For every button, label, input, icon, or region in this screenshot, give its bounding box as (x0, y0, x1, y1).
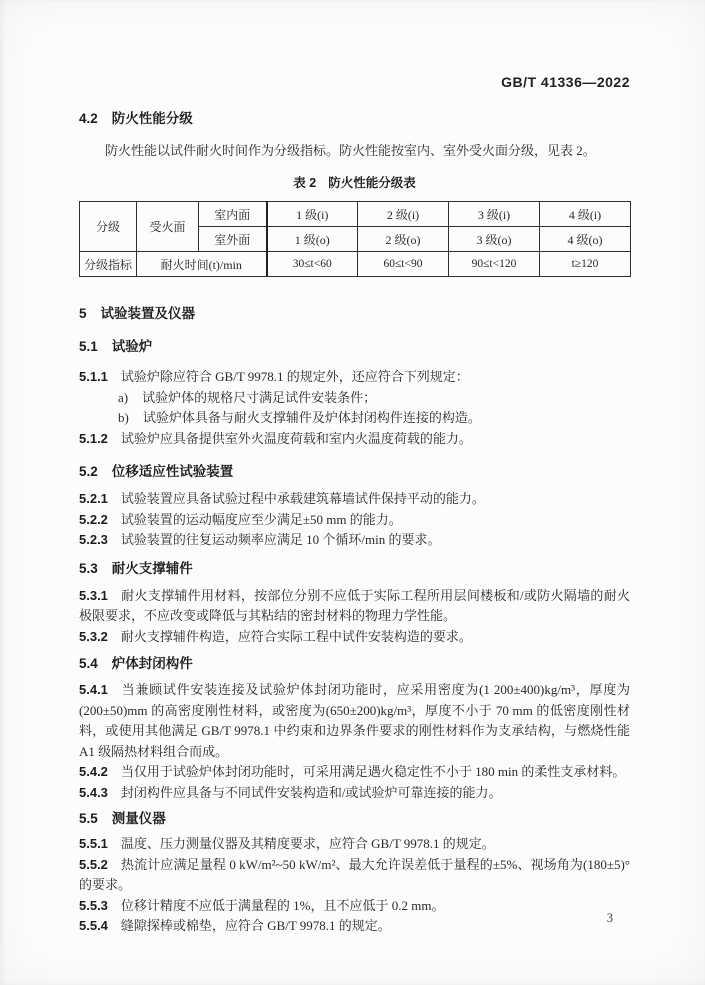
table-cell-grading: 分级 (80, 202, 137, 252)
clause-text: 试验装置的往复运动频率应满足 10 个循环/min 的要求。 (121, 532, 441, 547)
list-item-text: 试验炉体的规格尺寸满足试件安装条件； (142, 390, 376, 405)
section-heading-5-3: 5.3耐火支撑辅件 (79, 559, 630, 578)
section-title: 防火性能分级 (112, 111, 193, 126)
document-page: GB/T 41336—2022 4.2防火性能分级 防火性能以试件耐火时间作为分… (0, 0, 705, 985)
table-cell: t≥120 (540, 252, 631, 277)
table-caption-title: 防火性能分级表 (328, 176, 416, 190)
section-heading-5-5: 5.5测量仪器 (79, 809, 630, 828)
section-title: 测量仪器 (112, 811, 166, 826)
clause-5-4-1: 5.4.1当兼顾试件安装连接及试验炉体封闭功能时，应采用密度为(1 200±40… (79, 680, 630, 762)
clause-5-5-4: 5.5.4缝隙探棒或棉垫，应符合 GB/T 9978.1 的规定。 (79, 916, 630, 937)
table-cell: 3 级(i) (449, 202, 540, 227)
section-heading-5-4: 5.4炉体封闭构件 (79, 654, 630, 673)
clause-5-1-1: 5.1.1试验炉除应符合 GB/T 9978.1 的规定外，还应符合下列规定： (79, 367, 630, 388)
table-cell-criterion: 耐火时间(t)/min (137, 252, 267, 277)
table-caption: 表 2防火性能分级表 (79, 174, 630, 193)
table-cell: 1 级(i) (267, 202, 358, 227)
table-cell: 2 级(o) (358, 227, 449, 252)
clause-5-2-1: 5.2.1试验装置应具备试验过程中承载建筑幕墙试件保持平动的能力。 (79, 489, 630, 510)
clause-number: 5.2.2 (79, 512, 108, 527)
clause-text: 当仅用于试验炉体封闭功能时，可采用满足遇火稳定性不小于 180 min 的柔性支… (121, 764, 625, 779)
clause-5-4-2: 5.4.2当仅用于试验炉体封闭功能时，可采用满足遇火稳定性不小于 180 min… (79, 762, 630, 783)
clause-5-5-2: 5.5.2热流计应满足量程 0 kW/m²~50 kW/m²、最大允许误差低于量… (79, 855, 630, 896)
standard-number-header: GB/T 41336—2022 (79, 74, 630, 90)
clause-number: 5.2.1 (79, 491, 108, 506)
section-title: 位移适应性试验装置 (112, 464, 234, 479)
clause-5-2-3: 5.2.3试验装置的往复运动频率应满足 10 个循环/min 的要求。 (79, 530, 630, 551)
clause-5-4-3: 5.4.3封闭构件应具备与不同试件安装构造和/或试验炉可靠连接的能力。 (79, 783, 630, 804)
list-item-a: a)试验炉体的规格尺寸满足试件安装条件； (79, 388, 630, 409)
fire-performance-grading-table: 分级 受火面 室内面 1 级(i) 2 级(i) 3 级(i) 4 级(i) 室… (79, 201, 631, 277)
clause-5-5-3: 5.5.3位移计精度不应低于满量程的 1%，且不应低于 0.2 mm。 (79, 896, 630, 917)
clause-number: 5.4.2 (79, 764, 108, 779)
clause-number: 5.4.1 (79, 682, 108, 697)
clause-text: 试验炉应具备提供室外火温度荷载和室内火温度荷载的能力。 (121, 431, 472, 446)
table-cell-index-label: 分级指标 (80, 252, 137, 277)
list-item-b: b)试验炉体具备与耐火支撑辅件及炉体封闭构件连接的构造。 (79, 408, 630, 429)
clause-number: 5.4.3 (79, 785, 108, 800)
section-heading-5-1: 5.1试验炉 (79, 337, 630, 356)
section-heading-4-2: 4.2防火性能分级 (79, 109, 630, 128)
clause-text: 位移计精度不应低于满量程的 1%，且不应低于 0.2 mm。 (121, 898, 445, 913)
section-title: 试验炉 (112, 339, 153, 354)
clause-text: 耐火支撑辅件构造，应符合实际工程中试件安装构造的要求。 (121, 629, 472, 644)
table-row: 分级指标 耐火时间(t)/min 30≤t<60 60≤t<90 90≤t<12… (80, 252, 631, 277)
section-number: 5.4 (79, 656, 98, 671)
clause-number: 5.5.4 (79, 918, 108, 933)
section-number: 5.1 (79, 339, 98, 354)
table-cell: 4 级(i) (540, 202, 631, 227)
clause-number: 5.2.3 (79, 532, 108, 547)
table-cell: 3 级(o) (449, 227, 540, 252)
table-cell: 60≤t<90 (358, 252, 449, 277)
clause-text: 封闭构件应具备与不同试件安装构造和/或试验炉可靠连接的能力。 (121, 785, 502, 800)
table-cell: 30≤t<60 (267, 252, 358, 277)
table-cell: 1 级(o) (267, 227, 358, 252)
section-heading-5: 5试验装置及仪器 (79, 304, 630, 323)
clause-text: 耐火支撑辅件用材料，按部位分别不应低于实际工程所用层间楼板和/或防火隔墙的耐火极… (79, 588, 630, 624)
clause-text: 试验装置的运动幅度应至少满足±50 mm 的能力。 (121, 512, 402, 527)
list-item-label: a) (118, 390, 128, 405)
clause-5-3-2: 5.3.2耐火支撑辅件构造，应符合实际工程中试件安装构造的要求。 (79, 627, 630, 648)
page-number: 3 (607, 911, 613, 926)
section-number: 5.3 (79, 561, 98, 576)
table-cell: 2 级(i) (358, 202, 449, 227)
clause-5-2-2: 5.2.2试验装置的运动幅度应至少满足±50 mm 的能力。 (79, 510, 630, 531)
clause-text: 热流计应满足量程 0 kW/m²~50 kW/m²、最大允许误差低于量程的±5%… (79, 857, 630, 893)
section-title: 试验装置及仪器 (101, 306, 196, 321)
clause-5-5-1: 5.5.1温度、压力测量仪器及其精度要求，应符合 GB/T 9978.1 的规定… (79, 834, 630, 855)
list-item-text: 试验炉体具备与耐火支撑辅件及炉体封闭构件连接的构造。 (143, 410, 481, 425)
clause-text: 缝隙探棒或棉垫，应符合 GB/T 9978.1 的规定。 (121, 918, 391, 933)
section-title: 耐火支撑辅件 (112, 561, 193, 576)
clause-text: 当兼顾试件安装连接及试验炉体封闭功能时，应采用密度为(1 200±400)kg/… (79, 682, 630, 759)
section-title: 炉体封闭构件 (112, 656, 193, 671)
clause-number: 5.1.1 (79, 369, 108, 384)
table-row: 分级 受火面 室内面 1 级(i) 2 级(i) 3 级(i) 4 级(i) (80, 202, 631, 227)
table-cell-indoor-face: 室内面 (199, 202, 267, 227)
section-number: 4.2 (79, 111, 98, 126)
clause-5-1-2: 5.1.2试验炉应具备提供室外火温度荷载和室内火温度荷载的能力。 (79, 429, 630, 450)
clause-text: 试验装置应具备试验过程中承载建筑幕墙试件保持平动的能力。 (121, 491, 485, 506)
table-cell: 4 级(o) (540, 227, 631, 252)
clause-5-3-1: 5.3.1耐火支撑辅件用材料，按部位分别不应低于实际工程所用层间楼板和/或防火隔… (79, 586, 630, 627)
section-number: 5 (79, 306, 87, 321)
clause-number: 5.3.2 (79, 629, 108, 644)
table-cell: 90≤t<120 (449, 252, 540, 277)
clause-number: 5.5.2 (79, 857, 108, 872)
page-content: GB/T 41336—2022 4.2防火性能分级 防火性能以试件耐火时间作为分… (79, 0, 630, 937)
section-heading-5-2: 5.2位移适应性试验装置 (79, 462, 630, 481)
clause-text: 温度、压力测量仪器及其精度要求，应符合 GB/T 9978.1 的规定。 (121, 836, 495, 851)
table-cell-exposed-face: 受火面 (137, 202, 199, 252)
clause-number: 5.5.1 (79, 836, 108, 851)
section-number: 5.5 (79, 811, 98, 826)
clause-number: 5.1.2 (79, 431, 108, 446)
clause-number: 5.3.1 (79, 588, 108, 603)
clause-number: 5.5.3 (79, 898, 108, 913)
section-number: 5.2 (79, 464, 98, 479)
clause-text: 试验炉除应符合 GB/T 9978.1 的规定外，还应符合下列规定： (121, 369, 469, 384)
list-item-label: b) (118, 410, 129, 425)
table-cell-outdoor-face: 室外面 (199, 227, 267, 252)
table-caption-label: 表 2 (293, 176, 316, 190)
paragraph-4-2: 防火性能以试件耐火时间作为分级指标。防火性能按室内、室外受火面分级，见表 2。 (79, 141, 630, 161)
